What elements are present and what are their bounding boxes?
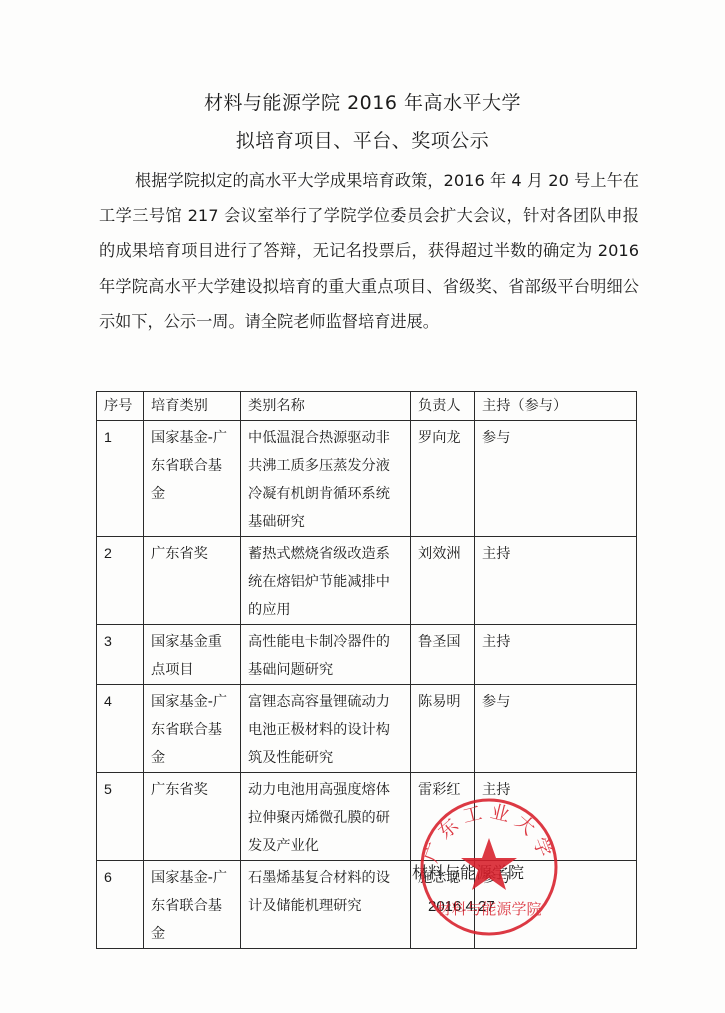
cell-no: 6 bbox=[97, 861, 144, 949]
seal-star-icon bbox=[461, 838, 517, 890]
cell-category: 国家基金-广东省联合基金 bbox=[144, 685, 241, 773]
cell-name: 富锂态高容量锂硫动力电池正极材料的设计构筑及性能研究 bbox=[241, 685, 411, 773]
cell-no: 3 bbox=[97, 625, 144, 685]
document-page: 材料与能源学院 2016 年高水平大学 拟培育项目、平台、奖项公示 根据学院拟定… bbox=[0, 0, 725, 1013]
cell-name: 高性能电卡制冷器件的基础问题研究 bbox=[241, 625, 411, 685]
cell-category: 国家基金重点项目 bbox=[144, 625, 241, 685]
cell-category: 国家基金-广东省联合基金 bbox=[144, 421, 241, 537]
cell-no: 4 bbox=[97, 685, 144, 773]
table-header-row: 序号 培育类别 类别名称 负责人 主持（参与） bbox=[97, 392, 637, 421]
header-lead: 负责人 bbox=[411, 392, 475, 421]
announcement-paragraph: 根据学院拟定的高水平大学成果培育政策，2016 年 4 月 20 号上午在工学三… bbox=[99, 163, 639, 339]
cell-category: 国家基金-广东省联合基金 bbox=[144, 861, 241, 949]
cell-no: 2 bbox=[97, 537, 144, 625]
official-seal-icon: 广东工业大学 材料与能源学院 bbox=[418, 796, 560, 938]
cell-no: 5 bbox=[97, 773, 144, 861]
header-name: 类别名称 bbox=[241, 392, 411, 421]
cell-role: 主持 bbox=[475, 537, 637, 625]
table-row: 4 国家基金-广东省联合基金 富锂态高容量锂硫动力电池正极材料的设计构筑及性能研… bbox=[97, 685, 637, 773]
cell-name: 动力电池用高强度熔体拉伸聚丙烯微孔膜的研发及产业化 bbox=[241, 773, 411, 861]
cell-no: 1 bbox=[97, 421, 144, 537]
cell-role: 主持 bbox=[475, 625, 637, 685]
table-row: 1 国家基金-广东省联合基金 中低温混合热源驱动非共沸工质多压蒸发分液冷凝有机朗… bbox=[97, 421, 637, 537]
document-title-line1: 材料与能源学院 2016 年高水平大学 bbox=[0, 88, 725, 115]
cell-category: 广东省奖 bbox=[144, 773, 241, 861]
cell-name: 石墨烯基复合材料的设计及储能机理研究 bbox=[241, 861, 411, 949]
table-row: 2 广东省奖 蓄热式燃烧省级改造系统在熔铝炉节能减排中的应用 刘效洲 主持 bbox=[97, 537, 637, 625]
table-row: 3 国家基金重点项目 高性能电卡制冷器件的基础问题研究 鲁圣国 主持 bbox=[97, 625, 637, 685]
document-title-line2: 拟培育项目、平台、奖项公示 bbox=[0, 126, 725, 153]
header-category: 培育类别 bbox=[144, 392, 241, 421]
cell-lead: 罗向龙 bbox=[411, 421, 475, 537]
seal-inner-text: 材料与能源学院 bbox=[436, 900, 541, 918]
cell-lead: 鲁圣国 bbox=[411, 625, 475, 685]
announcement-body-text: 根据学院拟定的高水平大学成果培育政策，2016 年 4 月 20 号上午在工学三… bbox=[99, 171, 639, 331]
cell-name: 蓄热式燃烧省级改造系统在熔铝炉节能减排中的应用 bbox=[241, 537, 411, 625]
header-role: 主持（参与） bbox=[475, 392, 637, 421]
header-no: 序号 bbox=[97, 392, 144, 421]
cell-role: 参与 bbox=[475, 421, 637, 537]
cell-category: 广东省奖 bbox=[144, 537, 241, 625]
cell-role: 参与 bbox=[475, 685, 637, 773]
cell-name: 中低温混合热源驱动非共沸工质多压蒸发分液冷凝有机朗肯循环系统基础研究 bbox=[241, 421, 411, 537]
cell-lead: 陈易明 bbox=[411, 685, 475, 773]
cell-lead: 刘效洲 bbox=[411, 537, 475, 625]
